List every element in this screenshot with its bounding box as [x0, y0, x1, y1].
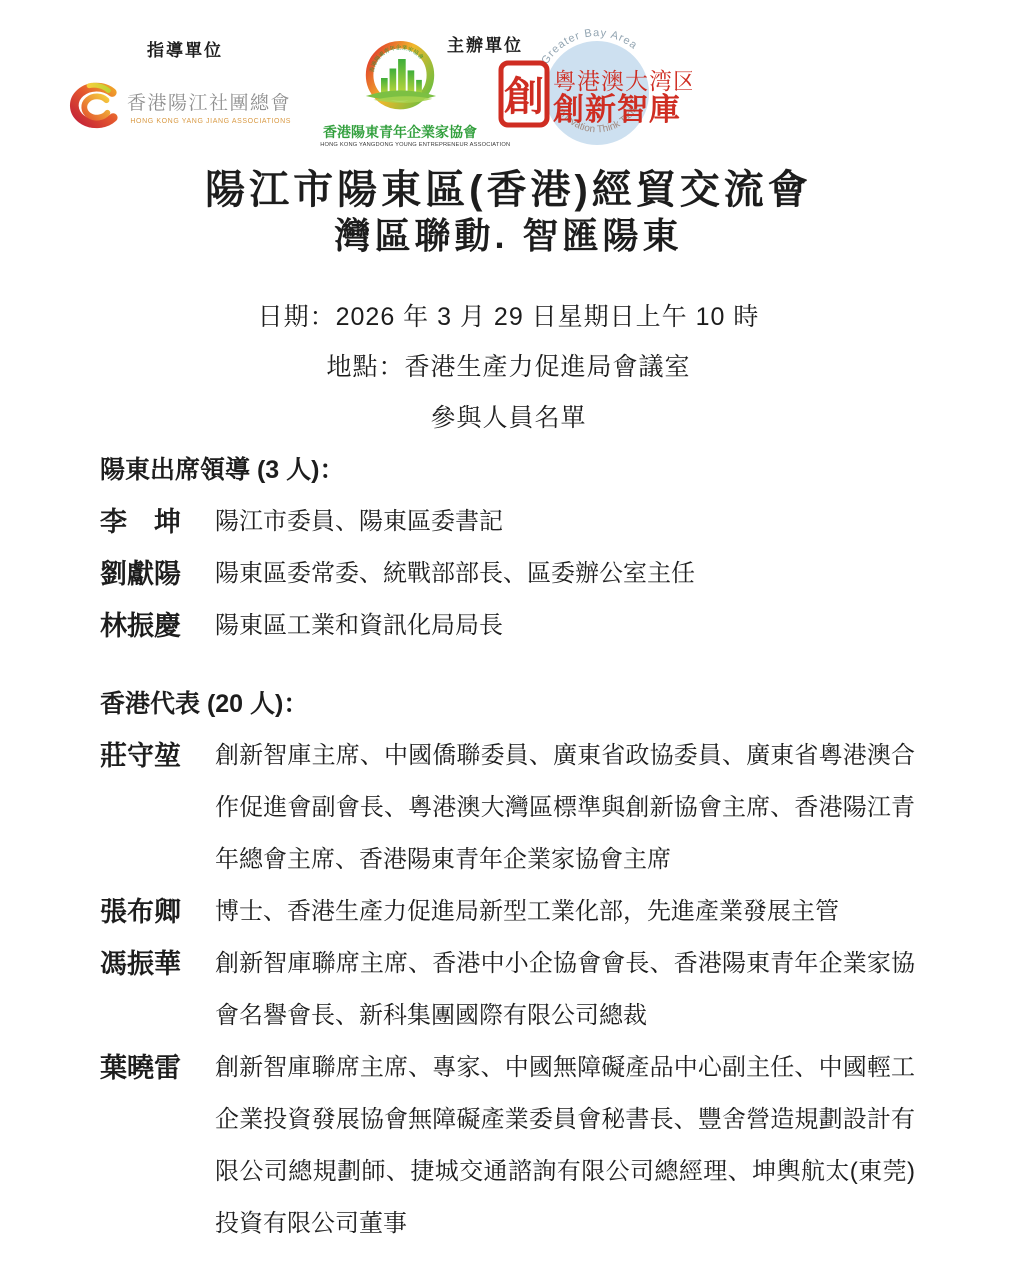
hkyd-emblem-icon: 香港陽東青年企業家協會	[352, 40, 448, 116]
roster-title: 參與人員名單	[0, 398, 1017, 434]
hkyj-name-en: HONG KONG YANG JIANG ASSOCIATIONS	[127, 118, 291, 125]
member-name: 李 坤	[100, 496, 215, 548]
guiding-unit-label: 指導單位	[147, 36, 223, 61]
gba-think-tank-icon: Greater Bay Area Innovation Think Tank 創…	[497, 27, 692, 162]
member-row: 莊守堃 創新智庫主席、中國僑聯委員、廣東省政協委員、廣東省粵港澳合作促進會副會長…	[100, 730, 920, 886]
section-heading-hk-representatives: 香港代表 (20 人)：	[100, 678, 920, 730]
event-date-line: 日期：2026 年 3 月 29 日星期日上午 10 時	[0, 297, 1017, 333]
member-description: 創新智庫聯席主席、香港中小企協會會長、香港陽東青年企業家協會名譽會長、新科集團國…	[215, 938, 915, 1042]
member-description: 創新智庫主席、中國僑聯委員、廣東省政協委員、廣東省粵港澳合作促進會副會長、粵港澳…	[215, 730, 915, 886]
event-subtitle: 灣區聯動. 智匯陽東	[0, 208, 1017, 259]
member-row: 劉獻陽 陽東區委常委、統戰部部長、區委辦公室主任	[100, 548, 920, 600]
member-row: 李 坤 陽江市委員、陽東區委書記	[100, 496, 920, 548]
member-row: 葉曉雷 創新智庫聯席主席、專家、中國無障礙產品中心副主任、中國輕工企業投資發展協…	[100, 1042, 920, 1250]
gba-line2-cn: 創新智庫	[553, 92, 681, 127]
member-row: 馮振華 創新智庫聯席主席、香港中小企協會會長、香港陽東青年企業家協會名譽會長、新…	[100, 938, 920, 1042]
member-name: 劉獻陽	[100, 548, 215, 600]
hkyj-name-cn: 香港陽江社團總會	[127, 88, 291, 115]
hkyj-association-logo: 香港陽江社團總會 HONG KONG YANG JIANG ASSOCIATIO…	[62, 78, 291, 134]
member-row: 林振慶 陽東區工業和資訊化局局長	[100, 600, 920, 652]
member-description: 博士、香港生產力促進局新型工業化部，先進產業發展主管	[215, 886, 915, 938]
member-name: 葉曉雷	[100, 1042, 215, 1094]
member-description: 創新智庫聯席主席、專家、中國無障礙產品中心副主任、中國輕工企業投資發展協會無障礙…	[215, 1042, 915, 1250]
section-heading-yangdong-leaders: 陽東出席領導 (3 人)：	[100, 444, 920, 496]
gba-think-tank-logo: Greater Bay Area Innovation Think Tank 創…	[497, 27, 692, 167]
member-row: 張布卿 博士、香港生產力促進局新型工業化部，先進產業發展主管	[100, 886, 920, 938]
gba-seal-char: 創	[504, 75, 544, 119]
gba-line1-cn: 粵港澳大湾区	[553, 68, 692, 94]
member-name: 張布卿	[100, 886, 215, 938]
member-description: 陽江市委員、陽東區委書記	[215, 496, 915, 548]
hkyd-association-logo: 香港陽東青年企業家協會 香港陽東青年企業家協會 HONG KONG YANGDO…	[316, 40, 484, 148]
member-description: 陽東區工業和資訊化局局長	[215, 600, 915, 652]
member-description: 陽東區委常委、統戰部部長、區委辦公室主任	[215, 548, 915, 600]
member-name: 莊守堃	[100, 730, 215, 782]
hkyj-swirl-icon	[62, 78, 120, 134]
document-page: 指導單位 主辦單位 香港陽江社團總會 HONG KONG YANG JIANG …	[0, 0, 1017, 1263]
member-name: 林振慶	[100, 600, 215, 652]
roster: 陽東出席領導 (3 人)： 李 坤 陽江市委員、陽東區委書記 劉獻陽 陽東區委常…	[100, 444, 920, 1250]
event-venue-line: 地點：香港生產力促進局會議室	[0, 347, 1017, 383]
hkyd-name-cn: 香港陽東青年企業家協會	[316, 122, 484, 142]
event-title: 陽江市陽東區(香港)經貿交流會	[0, 158, 1017, 215]
hkyd-name-en: HONG KONG YANGDONG YOUNG ENTREPRENEUR AS…	[320, 142, 480, 148]
member-name: 馮振華	[100, 938, 215, 990]
